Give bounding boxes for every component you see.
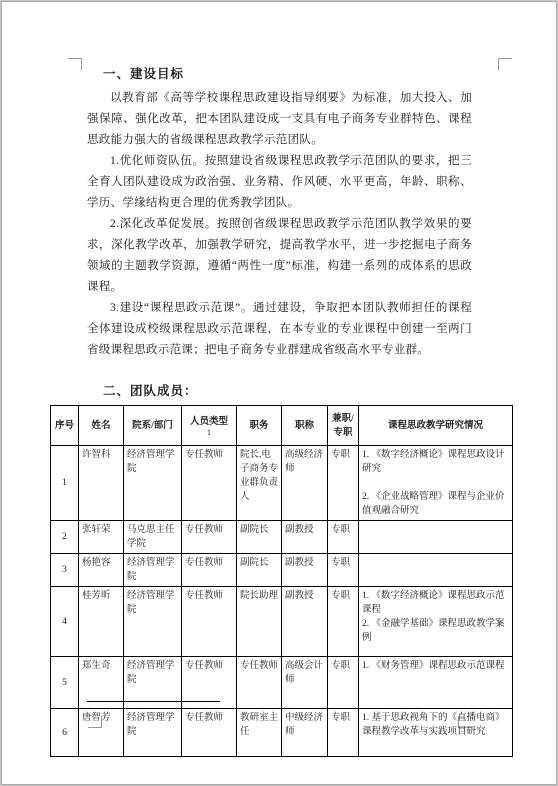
cell-name: 许智科 [79, 446, 124, 521]
cell-dept: 经济管理学院 [124, 709, 182, 757]
header-research: 课程思政教学研究情况 [359, 406, 513, 446]
cell-employment: 专职 [328, 709, 359, 757]
cell-dept: 经济管理学院 [124, 587, 182, 657]
cell-no: 1 [51, 446, 79, 521]
section-heading-goals: 一、建设目标 [87, 64, 472, 82]
section-members: 二、团队成员： [87, 381, 472, 399]
header-dept: 院系/部门 [124, 406, 182, 446]
goals-paragraph-3: 2.深化改革促发展。按照创省级课程思政教学示范团队教学效果的要求，深化教学改革，… [87, 214, 472, 298]
section-heading-members: 二、团队成员： [87, 381, 472, 399]
cell-name: 杨艳容 [79, 554, 124, 587]
cell-person-type: 专任教师 [182, 709, 237, 757]
cell-employment: 专职 [328, 587, 359, 657]
header-person-type: 人员类型1 [182, 406, 237, 446]
cell-research [359, 521, 513, 554]
table-row: 2 张轩荣 马克思主任学院 专任教师 副院长 副教授 专职 [51, 521, 513, 554]
cell-employment: 专职 [328, 657, 359, 709]
cell-employment: 专职 [328, 446, 359, 521]
cell-name: 桂芳昕 [79, 587, 124, 657]
goals-paragraph-1: 以教育部《高等学校课程思政建设指导纲要》为标准，加大投入、加强保障、强化改革，把… [87, 88, 472, 151]
cell-research: 1. 《数字经济概论》课程思政示范课程 2. 《金融学基础》课程思政教学案例 [359, 587, 513, 657]
cell-person-type: 专任教师 [182, 521, 237, 554]
cell-dept: 经济管理学院 [124, 446, 182, 521]
document-content: 一、建设目标 以教育部《高等学校课程思政建设指导纲要》为标准，加大投入、加强保障… [2, 2, 556, 757]
cell-position: 副院长 [237, 521, 282, 554]
cell-name: 张轩荣 [79, 521, 124, 554]
cell-title: 中级经济师 [282, 709, 328, 757]
table-row: 3 杨艳容 经济管理学院 专任教师 副院长 副教授 专职 [51, 554, 513, 587]
cell-position: 院长,电子商务专业群负责人 [237, 446, 282, 521]
cell-no: 3 [51, 554, 79, 587]
cell-position: 副院长 [237, 554, 282, 587]
cell-position: 专任教师 [237, 657, 282, 709]
members-table-wrapper: 序号 姓名 院系/部门 人员类型1 职务 职称 兼职/专职 课程思政教学研究情况… [50, 405, 556, 757]
cell-research: 1. 基于思政视角下的《直播电商》课程教学改革与实践项目研究 [359, 709, 513, 757]
footnote-separator-rule [87, 701, 220, 702]
goals-paragraph-2: 1.优化师资队伍。按照建设省级课程思政教学示范团队的要求，把三全育人团队建设成为… [87, 151, 472, 214]
header-employment: 兼职/专职 [328, 406, 359, 446]
cell-dept: 经济管理学院 [124, 554, 182, 587]
cell-title: 副教授 [282, 521, 328, 554]
cell-title: 副教授 [282, 587, 328, 657]
members-table: 序号 姓名 院系/部门 人员类型1 职务 职称 兼职/专职 课程思政教学研究情况… [50, 405, 513, 757]
document-page: 一、建设目标 以教育部《高等学校课程思政建设指导纲要》为标准，加大投入、加强保障… [1, 1, 557, 785]
cell-person-type: 专任教师 [182, 587, 237, 657]
cell-employment: 专职 [328, 554, 359, 587]
cell-employment: 专职 [328, 521, 359, 554]
cell-title: 副教授 [282, 554, 328, 587]
cell-name: 唐智芳 [79, 709, 124, 757]
cell-research: 1. 《财务管理》课程思政示范课程 [359, 657, 513, 709]
table-row: 4 桂芳昕 经济管理学院 专任教师 院长助理 副教授 专职 1. 《数字经济概论… [51, 587, 513, 657]
goals-paragraph-4: 3.建设“课程思政示范课”。通过建设，争取把本团队教师担任的课程全体建设成校级课… [87, 298, 472, 361]
header-name: 姓名 [79, 406, 124, 446]
cell-title: 高级会计师 [282, 657, 328, 709]
cell-no: 2 [51, 521, 79, 554]
cell-no: 5 [51, 657, 79, 709]
cell-position: 教研室主任 [237, 709, 282, 757]
cell-research: 1. 《数字经济概论》课程思政设计研究 2. 《企业战略管理》课程与企业价值观融… [359, 446, 513, 521]
footnote-marker: 1 [185, 429, 233, 437]
cell-person-type: 专任教师 [182, 554, 237, 587]
table-row: 6 唐智芳 经济管理学院 专任教师 教研室主任 中级经济师 专职 1. 基于思政… [51, 709, 513, 757]
cell-person-type: 专任教师 [182, 446, 237, 521]
cell-position: 院长助理 [237, 587, 282, 657]
cell-research [359, 554, 513, 587]
header-no: 序号 [51, 406, 79, 446]
section-goals: 一、建设目标 以教育部《高等学校课程思政建设指导纲要》为标准，加大投入、加强保障… [87, 64, 472, 361]
header-title: 职称 [282, 406, 328, 446]
header-position: 职务 [237, 406, 282, 446]
cell-no: 4 [51, 587, 79, 657]
cell-no: 6 [51, 709, 79, 757]
table-row: 1 许智科 经济管理学院 专任教师 院长,电子商务专业群负责人 高级经济师 专职… [51, 446, 513, 521]
cell-dept: 马克思主任学院 [124, 521, 182, 554]
table-header-row: 序号 姓名 院系/部门 人员类型1 职务 职称 兼职/专职 课程思政教学研究情况 [51, 406, 513, 446]
cell-title: 高级经济师 [282, 446, 328, 521]
